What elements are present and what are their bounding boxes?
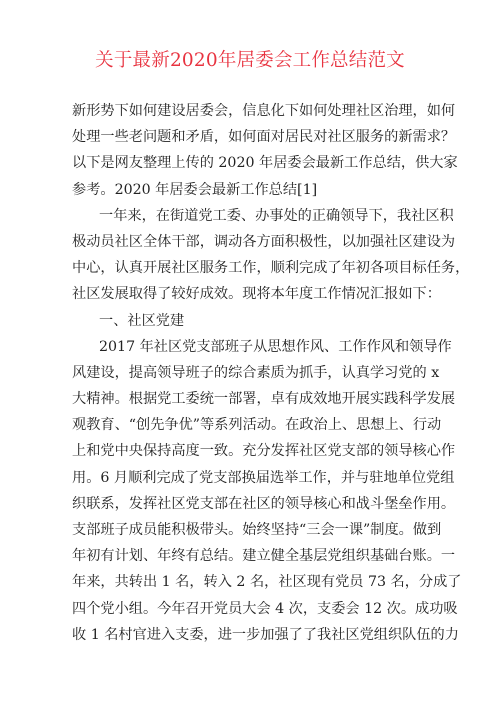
body-line: 上和党中央保持高度一致。充分发挥社区党支部的领导核心作 bbox=[72, 438, 432, 464]
body-line: 以下是网友整理上传的 2020 年居委会最新工作总结，供大家 bbox=[72, 150, 432, 176]
body-line: 风建设，提高领导班子的综合素质为抓手，认真学习党的 x bbox=[72, 360, 432, 386]
body-line: 观教育、“创先争优”等系列活动。在政治上、思想上、行动 bbox=[72, 412, 432, 438]
body-line: 织联系，发挥社区党支部在社区的领导核心和战斗堡垒作用。 bbox=[72, 491, 432, 517]
body-line: 年来，共转出 1 名，转入 2 名，社区现有党员 73 名，分成了 bbox=[72, 569, 432, 595]
body-line: 一年来，在街道党工委、办事处的正确领导下，我社区积 bbox=[72, 203, 432, 229]
body-line: 2017 年社区党支部班子从思想作风、工作作风和领导作 bbox=[72, 334, 432, 360]
body-line: 收 1 名村官进入支委，进一步加强了了我社区党组织队伍的力 bbox=[72, 622, 432, 648]
section-heading: 一、社区党建 bbox=[72, 308, 432, 334]
body-line: 社区发展取得了较好成效。现将本年度工作情况汇报如下： bbox=[72, 281, 432, 307]
document-page: 关于最新2020年居委会工作总结范文 新形势下如何建设居委会，信息化下如何处理社… bbox=[0, 0, 500, 708]
body-line: 用。6 月顺利完成了党支部换届选举工作，并与驻地单位党组 bbox=[72, 465, 432, 491]
body-line: 处理一些老问题和矛盾，如何面对居民对社区服务的新需求？ bbox=[72, 124, 432, 150]
body-line: 中心，认真开展社区服务工作，顺利完成了年初各项目标任务， bbox=[72, 255, 432, 281]
body-line: 支部班子成员能积极带头。始终坚持“三会一课”制度。做到 bbox=[72, 517, 432, 543]
body-line: 新形势下如何建设居委会，信息化下如何处理社区治理，如何 bbox=[72, 98, 432, 124]
document-body: 新形势下如何建设居委会，信息化下如何处理社区治理，如何 处理一些老问题和矛盾，如… bbox=[72, 98, 432, 648]
body-line: 大精神。根据党工委统一部署，卓有成效地开展实践科学发展 bbox=[72, 386, 432, 412]
body-line: 极动员社区全体干部，调动各方面积极性，以加强社区建设为 bbox=[72, 229, 432, 255]
document-title: 关于最新2020年居委会工作总结范文 bbox=[0, 49, 500, 73]
body-line: 参考。2020 年居委会最新工作总结[1] bbox=[72, 177, 432, 203]
body-line: 年初有计划、年终有总结。建立健全基层党组织基础台账。一 bbox=[72, 543, 432, 569]
body-line: 四个党小组。今年召开党员大会 4 次，支委会 12 次。成功吸 bbox=[72, 596, 432, 622]
